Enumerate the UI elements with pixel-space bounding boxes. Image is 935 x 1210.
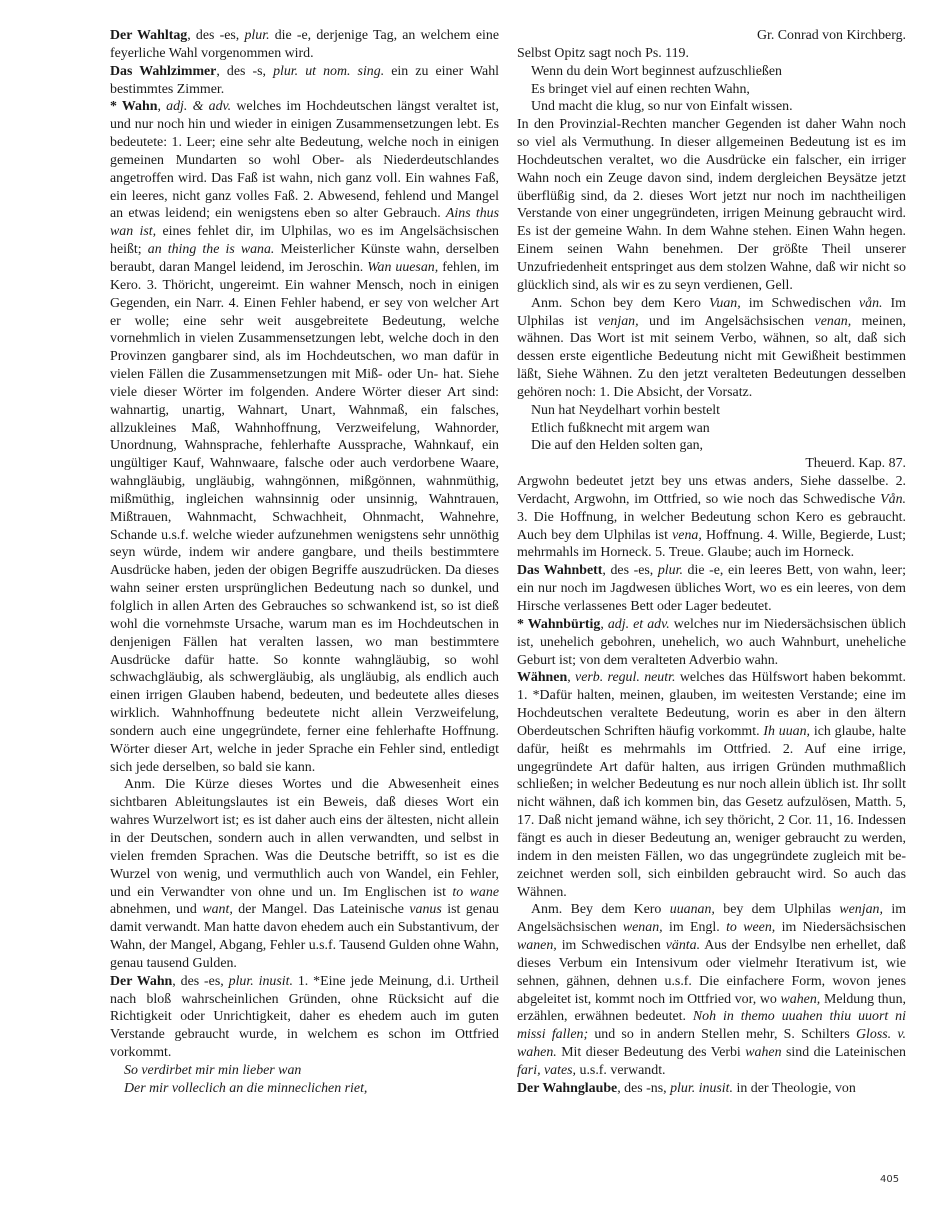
- dictionary-entry: Selbst Opitz sagt noch Ps. 119.: [517, 45, 906, 63]
- italic-term: vena,: [672, 528, 702, 543]
- entry-text: Anm. Die Kürze dieses Wortes und die Abw…: [110, 777, 499, 899]
- verse-line: Und macht die klug, so nur von Einfalt w…: [517, 98, 906, 116]
- italic-term: want,: [202, 902, 233, 917]
- italic-term: plur. inusit.: [229, 974, 293, 989]
- entry-text: ,: [600, 617, 608, 632]
- annotation-paragraph: Anm. Bey dem Kero uuanan, bey dem Ulphil…: [517, 901, 906, 1079]
- italic-term: wenan,: [623, 920, 663, 935]
- italic-term: wenjan,: [839, 902, 883, 917]
- italic-term: to ween,: [726, 920, 775, 935]
- verse-line: Es bringet viel auf einen rechten Wahn,: [517, 81, 906, 99]
- italic-term: wahen: [745, 1045, 781, 1060]
- headword: * Wahnbürtig: [517, 617, 600, 632]
- entry-text: und im Angelsächsischen: [639, 314, 815, 329]
- dictionary-entry: Das Wahlzimmer, des -s, plur. ut nom. si…: [110, 63, 499, 99]
- italic-term: plur. inusit.: [670, 1081, 733, 1096]
- dictionary-entry: In den Provinzial-Rechten mancher Gegend…: [517, 116, 906, 294]
- citation: Gr. Conrad von Kirchberg.: [517, 27, 906, 45]
- left-column: Der Wahltag, des -es, plur. die -e, derj…: [110, 27, 499, 1098]
- verse-line: Etlich fußknecht mit argem wan: [517, 420, 906, 438]
- italic-term: plur.: [658, 563, 683, 578]
- entry-text: , des -es,: [602, 563, 657, 578]
- dictionary-entry: Das Wahnbett, des -es, plur. die -e, ein…: [517, 562, 906, 616]
- dictionary-entry: Wähnen, verb. regul. neutr. welches das …: [517, 669, 906, 901]
- italic-term: uuanan,: [670, 902, 715, 917]
- italic-term: an thing the is wana.: [148, 242, 275, 257]
- entry-text: abnehmen, und: [110, 902, 202, 917]
- italic-term: Ih uuan,: [763, 724, 810, 739]
- dictionary-entry: * Wahn, adj. & adv. welches im Hochdeuts…: [110, 98, 499, 776]
- entry-text: und so in andern Stellen mehr, S. Schilt…: [588, 1027, 856, 1042]
- annotation-paragraph: Anm. Schon bey dem Kero Vuan, im Schwedi…: [517, 295, 906, 402]
- dictionary-entry: Der Wahnglaube, des -ns, plur. inusit. i…: [517, 1080, 906, 1098]
- entry-text: In den Provinzial-Rechten mancher Gegend…: [517, 117, 906, 293]
- italic-term: vanus: [409, 902, 441, 917]
- verse-line: Wenn du dein Wort beginnest aufzuschließ…: [517, 63, 906, 81]
- italic-term: vån.: [859, 296, 883, 311]
- verse-line: Die auf den Helden solten gan,: [517, 437, 906, 455]
- italic-term: wahen,: [781, 992, 821, 1007]
- italic-term: plur. ut nom. sing.: [273, 64, 384, 79]
- dictionary-entry: Der Wahltag, des -es, plur. die -e, derj…: [110, 27, 499, 63]
- dictionary-entry: Argwohn bedeutet jetzt bey uns etwas and…: [517, 473, 906, 562]
- entry-text: , des -ns,: [617, 1081, 670, 1096]
- headword: Das Wahlzimmer: [110, 64, 216, 79]
- entry-text: Anm. Bey dem Kero: [531, 902, 670, 917]
- entry-text: Anm. Schon bey dem Kero: [531, 296, 709, 311]
- italic-term: wanen,: [517, 938, 557, 953]
- headword: Der Wahltag: [110, 28, 187, 43]
- entry-text: , des -es,: [172, 974, 228, 989]
- italic-term: vänta.: [666, 938, 700, 953]
- right-column: Gr. Conrad von Kirchberg.Selbst Opitz sa…: [517, 27, 906, 1098]
- italic-term: Vån.: [880, 492, 906, 507]
- headword: * Wahn: [110, 99, 157, 114]
- entry-text: im Schwedischen: [557, 938, 666, 953]
- entry-text: u.s.f. verwandt.: [576, 1063, 666, 1078]
- entry-text: , des -es,: [187, 28, 244, 43]
- annotation-paragraph: Anm. Die Kürze dieses Wortes und die Abw…: [110, 776, 499, 972]
- italic-term: verb. regul. neutr.: [575, 670, 675, 685]
- italic-term: fari, vates,: [517, 1063, 576, 1078]
- entry-text: Argwohn bedeutet jetzt bey uns etwas and…: [517, 474, 906, 507]
- entry-text: Mit dieser Bedeu­tung des Verbi: [557, 1045, 746, 1060]
- dictionary-entry: * Wahnbürtig, adj. et adv. welches nur i…: [517, 616, 906, 670]
- italic-term: adj. et adv.: [608, 617, 670, 632]
- entry-text: ich glaube, halte dafür, heißt es mehrma…: [517, 724, 906, 900]
- entry-text: in der Theologie, von: [733, 1081, 856, 1096]
- italic-term: Wan uuesan,: [367, 260, 438, 275]
- entry-text: der Mangel. Das Lateinische: [233, 902, 410, 917]
- entry-text: im Schwedischen: [741, 296, 859, 311]
- verse-line: So verdirbet mir min lieber wan: [110, 1062, 499, 1080]
- italic-term: venan,: [815, 314, 852, 329]
- entry-text: welches im Hochdeutschen längst veraltet…: [110, 99, 499, 221]
- italic-term: adj. & adv.: [166, 99, 231, 114]
- entry-text: , des -s,: [216, 64, 273, 79]
- entry-text: im Niedersächsi­schen: [775, 920, 906, 935]
- italic-term: to wane: [452, 885, 499, 900]
- headword: Der Wahn: [110, 974, 172, 989]
- entry-text: bey dem Ulphilas: [715, 902, 839, 917]
- entry-text: sind die Lateinischen: [782, 1045, 906, 1060]
- verse-line: Der mir volleclich an die minneclichen r…: [110, 1080, 499, 1098]
- page-number: 405: [880, 1174, 899, 1185]
- italic-term: plur.: [244, 28, 269, 43]
- entry-text: Selbst Opitz sagt noch Ps. 119.: [517, 46, 689, 61]
- entry-text: im Engl.: [663, 920, 726, 935]
- citation: Theuerd. Kap. 87.: [517, 455, 906, 473]
- headword: Der Wahnglaube: [517, 1081, 617, 1096]
- italic-term: venjan,: [598, 314, 639, 329]
- entry-text: ,: [157, 99, 166, 114]
- italic-term: Vuan,: [709, 296, 741, 311]
- entry-text: ,: [567, 670, 575, 685]
- dictionary-entry: Der Wahn, des -es, plur. inusit. 1. *Ein…: [110, 973, 499, 1062]
- entry-text: fehlen, im Kero. 3. Thöricht, ungereimt.…: [110, 260, 499, 775]
- headword: Wähnen: [517, 670, 567, 685]
- headword: Das Wahnbett: [517, 563, 602, 578]
- verse-line: Nun hat Neydelhart vorhin bestelt: [517, 402, 906, 420]
